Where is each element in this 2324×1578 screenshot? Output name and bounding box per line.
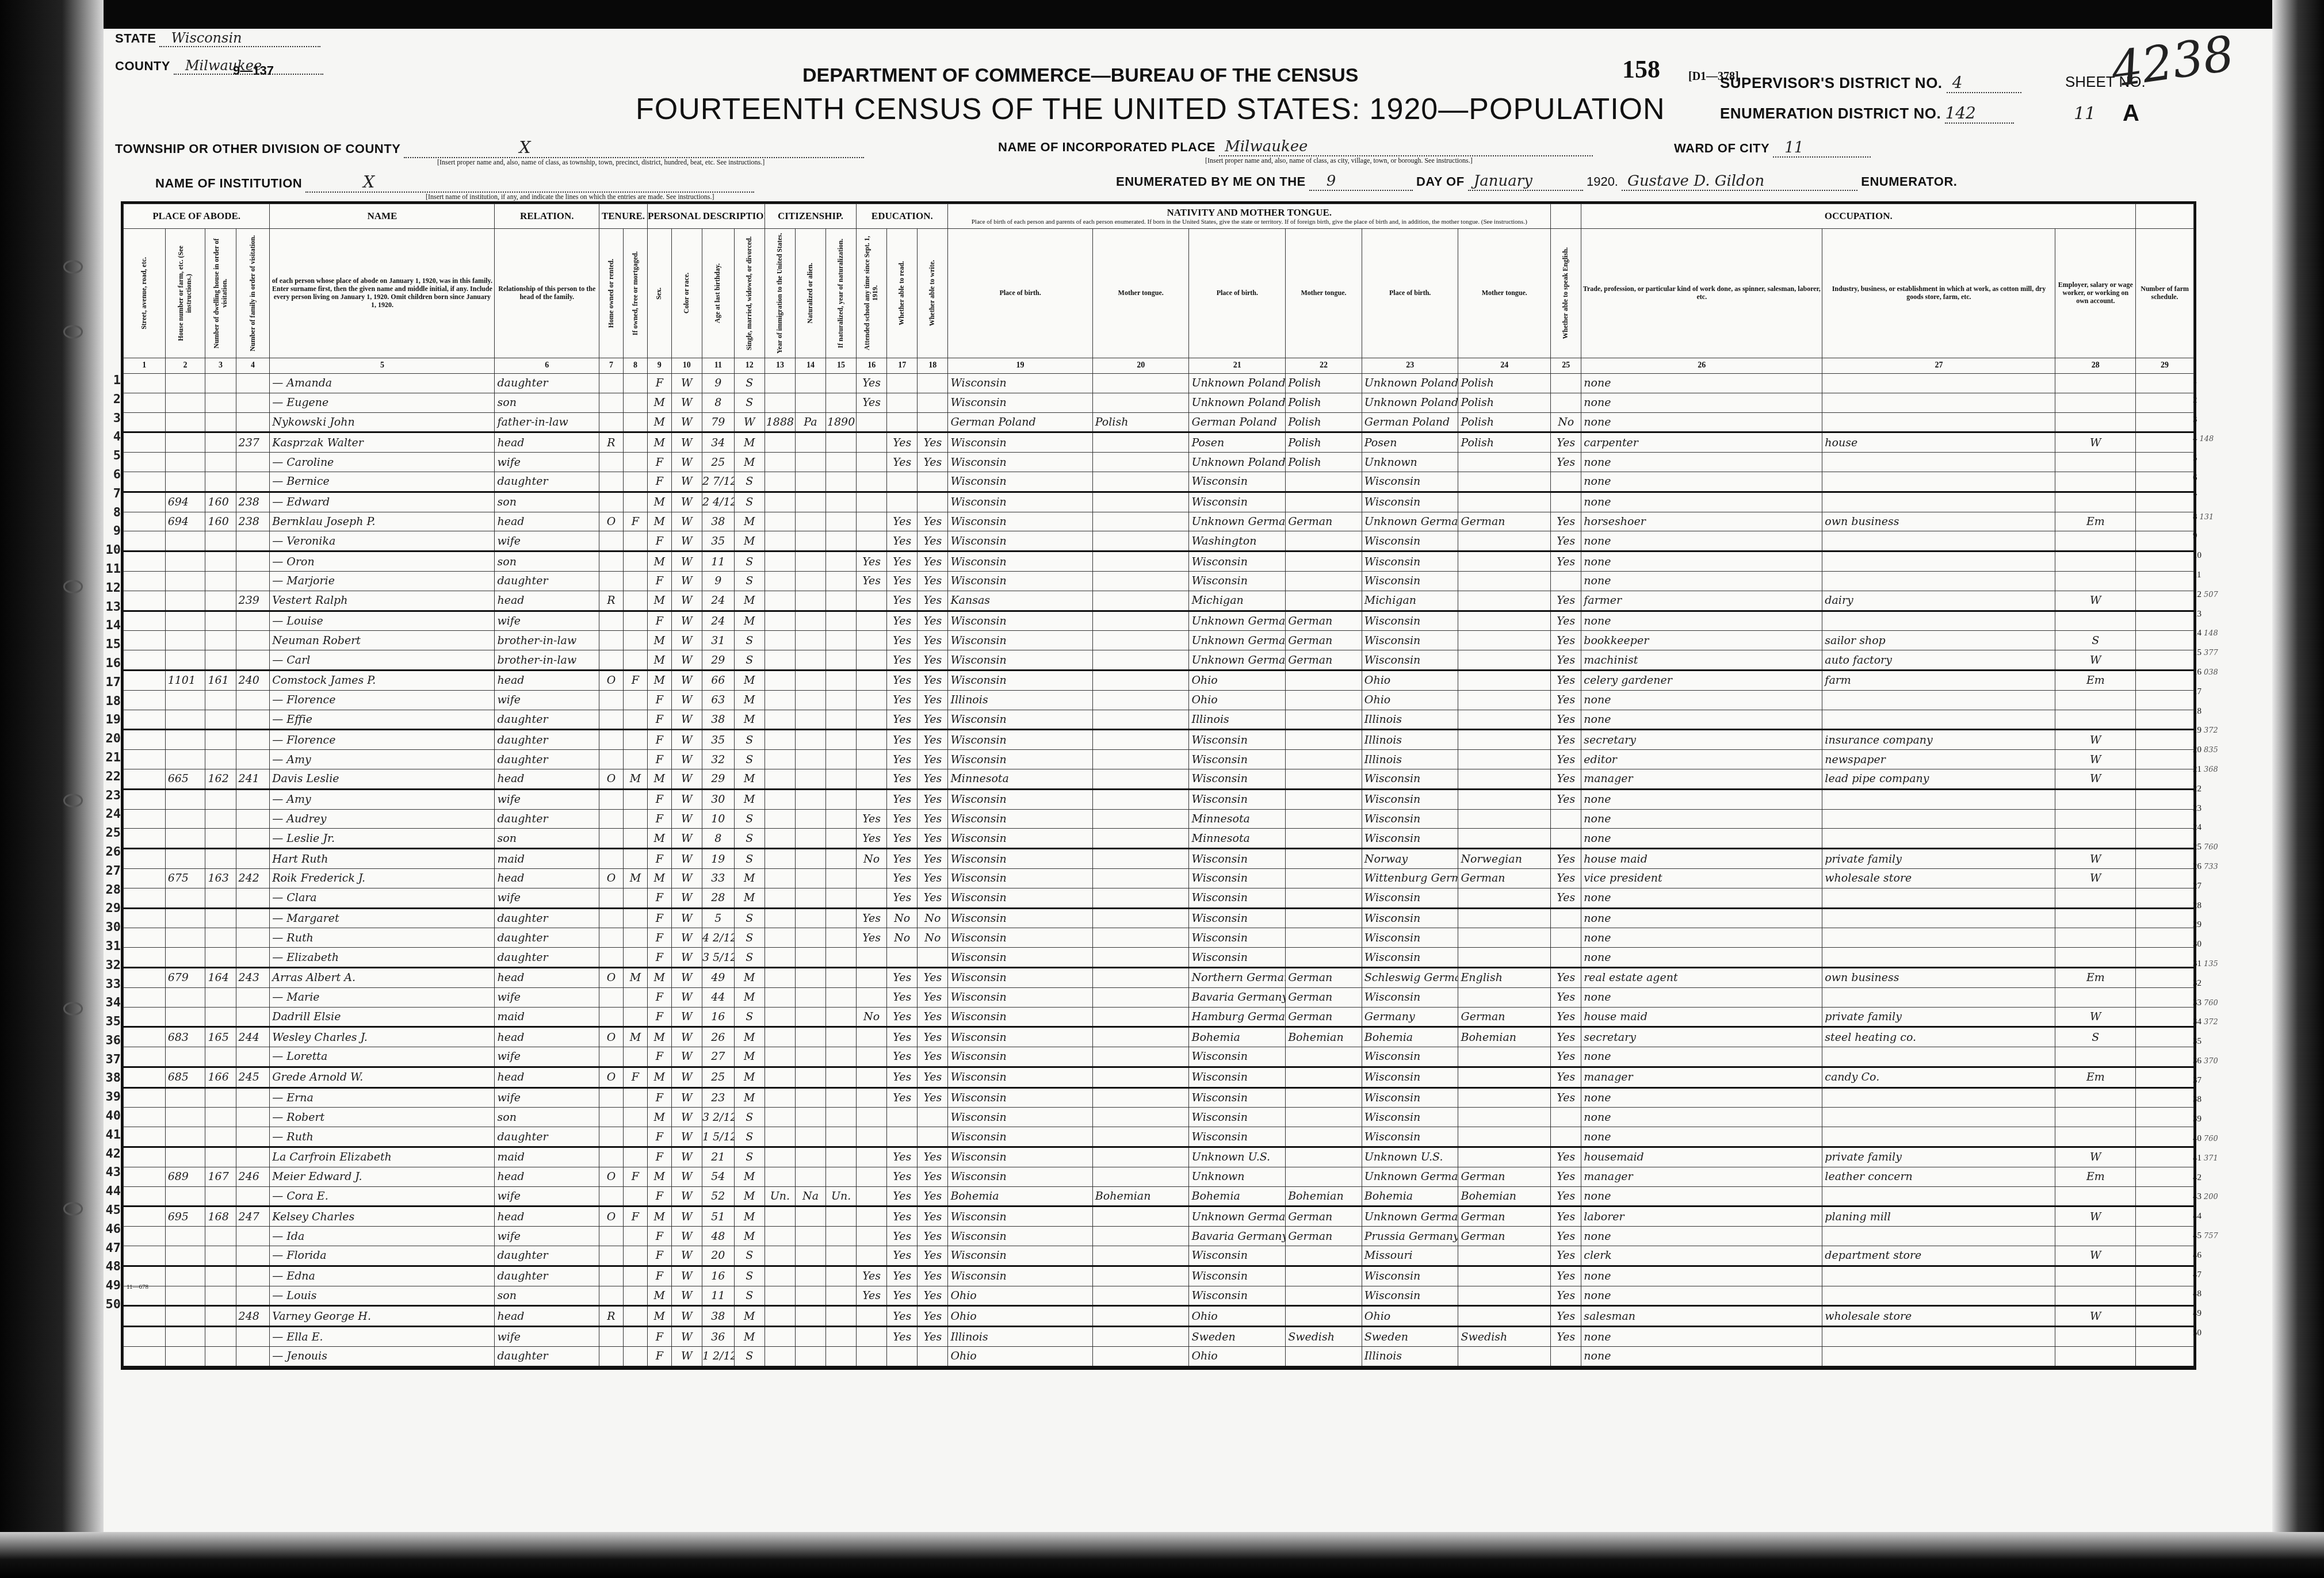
cell-tongue [1092, 631, 1189, 650]
cell-mort: F [623, 1207, 647, 1227]
cell-mort: F [623, 1167, 647, 1186]
table-row: — OronsonMW11SYesYesYesWisconsinWisconsi… [124, 551, 2194, 572]
cell-write [918, 1108, 948, 1127]
cell-schedule [2136, 432, 2194, 453]
cell-mort [623, 453, 647, 472]
column-header-27: Industry, business, or establishment in … [1822, 229, 2055, 358]
cell-natyr [826, 551, 857, 572]
margin-code: 760 [2204, 999, 2218, 1008]
cell-own [599, 908, 624, 928]
cell-school [857, 631, 887, 650]
line-number: 13 [2193, 605, 2218, 625]
cell-marital: S [734, 631, 765, 650]
cell-own: R [599, 1306, 624, 1327]
nativity-title: NATIVITY AND MOTHER TONGUE. [948, 207, 1550, 219]
cell-mort [623, 412, 647, 432]
cell-read: Yes [887, 611, 918, 631]
cell-industry: dairy [1822, 591, 2055, 611]
cell-english: Yes [1551, 551, 1581, 572]
table-row: 685166245Grede Arnold W.headOFMW25MYesYe… [124, 1067, 2194, 1087]
enumeration-district: ENUMERATION DISTRICT NO. 142 [1720, 104, 2014, 124]
census-table: PLACE OF ABODE.NAMERELATION.TENURE.PERSO… [121, 201, 2196, 1370]
line-number: 30 [2193, 935, 2218, 955]
cell-mpob: Bohemia [1362, 1027, 1458, 1047]
line-number: 22 [95, 768, 121, 787]
cell-schedule [2136, 492, 2194, 512]
cell-english: Yes [1551, 670, 1581, 690]
cell-occupation: none [1581, 412, 1822, 432]
supervisor-value: 4 [1947, 73, 2021, 93]
cell-mpob: Posen [1362, 432, 1458, 453]
cell-school [857, 531, 887, 551]
cell-sex: M [647, 967, 671, 987]
cell-imm [765, 551, 795, 572]
table-row: 694160238— EdwardsonMW2 4/12SWisconsinWi… [124, 492, 2194, 512]
cell-pob: Wisconsin [948, 1246, 1092, 1266]
cell-occupation: farmer [1581, 591, 1822, 611]
cell-mpob: Wisconsin [1362, 809, 1458, 829]
cell-fpob: Wisconsin [1189, 1266, 1286, 1286]
cell-family [236, 571, 270, 591]
cell-mpob: Wisconsin [1362, 472, 1458, 492]
column-header-label: Trade, profession, or particular kind of… [1583, 285, 1821, 301]
line-number-value: 14 [2193, 629, 2201, 638]
cell-pob: Wisconsin [948, 868, 1092, 888]
line-number: 50 [95, 1296, 121, 1315]
cell-relation: wife [495, 453, 599, 472]
cell-class: W [2055, 591, 2136, 611]
cell-age: 8 [702, 829, 734, 849]
cell-race: W [671, 829, 702, 849]
cell-read: Yes [887, 1047, 918, 1067]
line-number-value: 5 [2193, 454, 2197, 463]
state-field: STATE Wisconsin [115, 30, 320, 47]
cell-class [2055, 412, 2136, 432]
cell-mpob: Illinois [1362, 730, 1458, 750]
cell-family [236, 1266, 270, 1286]
cell-own: O [599, 670, 624, 690]
cell-class [2055, 809, 2136, 829]
line-number-value: 8 [2193, 512, 2197, 522]
cell-name: Comstock James P. [270, 670, 495, 690]
cell-class [2055, 611, 2136, 631]
cell-dwelling [205, 631, 236, 650]
cell-english: Yes [1551, 531, 1581, 551]
cell-dwelling [205, 1227, 236, 1246]
cell-tongue [1092, 1327, 1189, 1347]
cell-ftongue [1286, 690, 1362, 710]
cell-occupation: none [1581, 690, 1822, 710]
cell-occupation: none [1581, 1047, 1822, 1067]
cell-tongue [1092, 1306, 1189, 1327]
line-number: 1 [2193, 371, 2218, 391]
cell-sex: M [647, 1067, 671, 1087]
cell-relation: daughter [495, 472, 599, 492]
cell-relation: daughter [495, 948, 599, 968]
cell-mpob: Bohemia [1362, 1186, 1458, 1207]
cell-write: Yes [918, 809, 948, 829]
cell-tongue [1092, 710, 1189, 730]
cell-mpob: Unknown Germany [1362, 1167, 1458, 1186]
cell-imm [765, 967, 795, 987]
cell-imm [765, 750, 795, 769]
cell-school [857, 1027, 887, 1047]
cell-imm [765, 849, 795, 869]
cell-street [124, 1266, 166, 1286]
cell-schedule [2136, 1227, 2194, 1246]
margin-code: 135 [2204, 960, 2218, 968]
cell-marital: M [734, 531, 765, 551]
cell-pob: Wisconsin [948, 492, 1092, 512]
cell-name: — Marie [270, 987, 495, 1007]
table-row: 239Vestert RalphheadRMW24MYesYesKansasMi… [124, 591, 2194, 611]
cell-marital: M [734, 1207, 765, 1227]
cell-school [857, 888, 887, 908]
cell-occupation: none [1581, 472, 1822, 492]
cell-race: W [671, 809, 702, 829]
cell-mpob: Prussia Germany [1362, 1227, 1458, 1246]
institution-label: NAME OF INSTITUTION [155, 176, 302, 190]
margin-code: 760 [2204, 843, 2218, 852]
cell-ftongue [1286, 1127, 1362, 1147]
margin-code: 200 [2204, 1193, 2218, 1201]
cell-nat [795, 1246, 825, 1266]
cell-write [918, 492, 948, 512]
line-number: 12507 [2193, 585, 2218, 605]
cell-age: 1 2/12 [702, 1347, 734, 1367]
cell-dwelling [205, 611, 236, 631]
column-header-22: Mother tongue. [1286, 229, 1362, 358]
enumerated-label: ENUMERATED BY ME ON THE [1116, 174, 1306, 189]
cell-street [124, 650, 166, 671]
cell-age: 29 [702, 769, 734, 789]
cell-industry [1822, 690, 2055, 710]
cell-nat: Pa [795, 412, 825, 432]
cell-fpob: Wisconsin [1189, 492, 1286, 512]
cell-schedule [2136, 1047, 2194, 1067]
cell-read: Yes [887, 1067, 918, 1087]
cell-tongue [1092, 1227, 1189, 1246]
cell-sex: F [647, 987, 671, 1007]
cell-age: 11 [702, 1286, 734, 1306]
cell-mtongue [1458, 1108, 1551, 1127]
cell-relation: head [495, 769, 599, 789]
cell-class [2055, 948, 2136, 968]
punch-hole-icon [63, 580, 83, 593]
cell-write: No [918, 928, 948, 948]
cell-name: — Cora E. [270, 1186, 495, 1207]
cell-family [236, 888, 270, 908]
cell-pob: Wisconsin [948, 453, 1092, 472]
margin-code: 372 [2204, 726, 2218, 735]
cell-family: 241 [236, 769, 270, 789]
cell-write: Yes [918, 868, 948, 888]
line-number-value: 24 [2193, 823, 2201, 832]
cell-relation: maid [495, 849, 599, 869]
column-number: 29 [2136, 358, 2194, 374]
cell-own [599, 611, 624, 631]
cell-tongue [1092, 393, 1189, 412]
column-header-label: Whether able to read. [898, 261, 906, 325]
cell-occupation: none [1581, 1266, 1822, 1286]
cell-class [2055, 1266, 2136, 1286]
line-number: 7 [2193, 488, 2218, 508]
cell-age: 16 [702, 1007, 734, 1027]
cell-occupation: none [1581, 374, 1822, 393]
cell-marital: M [734, 611, 765, 631]
cell-school [857, 1067, 887, 1087]
cell-imm [765, 1286, 795, 1306]
cell-mpob: Wisconsin [1362, 1047, 1458, 1067]
cell-imm [765, 1007, 795, 1027]
cell-imm [765, 571, 795, 591]
line-number-value: 16 [2193, 668, 2201, 677]
cell-name: — Edna [270, 1266, 495, 1286]
cell-nat [795, 809, 825, 829]
cell-read: Yes [887, 1027, 918, 1047]
cell-schedule [2136, 1108, 2194, 1127]
cell-occupation: vice president [1581, 868, 1822, 888]
cell-read: Yes [887, 750, 918, 769]
line-number: 38 [2193, 1090, 2218, 1110]
cell-name: — Jenouis [270, 1347, 495, 1367]
line-number: 41371 [2193, 1149, 2218, 1169]
table-row: — BernicedaughterFW2 7/12SWisconsinWisco… [124, 472, 2194, 492]
cell-sex: M [647, 670, 671, 690]
cell-dwelling [205, 531, 236, 551]
cell-occupation: none [1581, 908, 1822, 928]
cell-mort [623, 829, 647, 849]
line-number: 20835 [2193, 741, 2218, 760]
cell-read: Yes [887, 1007, 918, 1027]
cell-family [236, 551, 270, 572]
cell-natyr [826, 531, 857, 551]
cell-sex: F [647, 1266, 671, 1286]
cell-ftongue [1286, 1167, 1362, 1186]
cell-occupation: none [1581, 492, 1822, 512]
institution-field: NAME OF INSTITUTION X [Insert name of in… [155, 173, 754, 201]
cell-read: Yes [887, 670, 918, 690]
cell-nat [795, 1327, 825, 1347]
cell-read: Yes [887, 453, 918, 472]
cell-ftongue [1286, 571, 1362, 591]
county-field: COUNTY Milwaukee [115, 58, 323, 75]
cell-occupation: none [1581, 809, 1822, 829]
cell-mort [623, 1087, 647, 1108]
cell-read: Yes [887, 690, 918, 710]
cell-mpob: Wisconsin [1362, 888, 1458, 908]
cell-house [165, 908, 205, 928]
cell-marital: M [734, 987, 765, 1007]
cell-mtongue [1458, 809, 1551, 829]
cell-street [124, 1347, 166, 1367]
cell-natyr [826, 631, 857, 650]
cell-pob: Wisconsin [948, 631, 1092, 650]
cell-imm [765, 888, 795, 908]
cell-schedule [2136, 591, 2194, 611]
cell-imm: 1888 [765, 412, 795, 432]
cell-english: Yes [1551, 769, 1581, 789]
cell-race: W [671, 432, 702, 453]
line-number: 9 [95, 522, 121, 541]
cell-mpob: Ohio [1362, 670, 1458, 690]
cell-tongue [1092, 928, 1189, 948]
line-number: 48 [95, 1258, 121, 1277]
cell-street [124, 374, 166, 393]
cell-read: Yes [887, 1266, 918, 1286]
cell-fpob: Wisconsin [1189, 928, 1286, 948]
cell-family: 244 [236, 1027, 270, 1047]
cell-ftongue: German [1286, 1227, 1362, 1246]
cell-schedule [2136, 710, 2194, 730]
cell-race: W [671, 1007, 702, 1027]
column-group-10 [2136, 204, 2194, 229]
cell-marital: S [734, 571, 765, 591]
line-number: 27 [2193, 877, 2218, 897]
cell-class: W [2055, 1207, 2136, 1227]
cell-house [165, 987, 205, 1007]
line-number-value: 4 [2193, 434, 2197, 443]
cell-school [857, 967, 887, 987]
cell-fpob: Washington [1189, 531, 1286, 551]
column-header-24: Mother tongue. [1458, 229, 1551, 358]
column-header-label: Place of birth. [949, 289, 1091, 297]
table-row: — LorettawifeFW27MYesYesWisconsinWiscons… [124, 1047, 2194, 1067]
cell-family: 246 [236, 1167, 270, 1186]
cell-write: Yes [918, 1207, 948, 1227]
cell-industry [1822, 551, 2055, 572]
cell-mtongue [1458, 789, 1551, 809]
cell-nat [795, 1347, 825, 1367]
cell-school [857, 1127, 887, 1147]
cell-street [124, 849, 166, 869]
cell-natyr [826, 908, 857, 928]
cell-schedule [2136, 868, 2194, 888]
cell-name: Neuman Robert [270, 631, 495, 650]
census-title: FOURTEENTH CENSUS OF THE UNITED STATES: … [636, 92, 1665, 127]
cell-natyr [826, 967, 857, 987]
cell-dwelling [205, 928, 236, 948]
cell-mtongue [1458, 1266, 1551, 1286]
cell-occupation: secretary [1581, 1027, 1822, 1047]
cell-imm [765, 868, 795, 888]
cell-natyr [826, 1266, 857, 1286]
line-number-value: 6 [2193, 473, 2197, 482]
column-header-label: Number of dwelling house in order of vis… [213, 230, 229, 357]
line-number: 39 [95, 1088, 121, 1107]
cell-school [857, 948, 887, 968]
cell-age: 21 [702, 1147, 734, 1167]
cell-sex: M [647, 1306, 671, 1327]
cell-age: 51 [702, 1207, 734, 1227]
line-number-value: 13 [2193, 610, 2201, 619]
cell-relation: daughter [495, 1246, 599, 1266]
cell-nat [795, 967, 825, 987]
line-number: 8131 [2193, 508, 2218, 527]
cell-industry [1822, 1286, 2055, 1306]
margin-code: 733 [2204, 863, 2218, 871]
line-number-value: 45 [2193, 1231, 2201, 1240]
cell-age: 9 [702, 374, 734, 393]
cell-relation: head [495, 1167, 599, 1186]
cell-sex: F [647, 1227, 671, 1246]
cell-house [165, 750, 205, 769]
cell-tongue [1092, 1047, 1189, 1067]
cell-own [599, 1286, 624, 1306]
table-row: — EffiedaughterFW38MYesYesWisconsinIllin… [124, 710, 2194, 730]
footer-code: 11—678 [127, 1284, 148, 1290]
cell-imm [765, 690, 795, 710]
cell-pob: Wisconsin [948, 551, 1092, 572]
cell-school [857, 512, 887, 531]
cell-natyr: Un. [826, 1186, 857, 1207]
cell-relation: daughter [495, 571, 599, 591]
cell-name: — Effie [270, 710, 495, 730]
cell-english [1551, 492, 1581, 512]
cell-natyr [826, 948, 857, 968]
cell-age: 30 [702, 789, 734, 809]
column-header-label: of each person whose place of abode on J… [271, 277, 493, 309]
margin-code: 148 [2204, 629, 2218, 638]
line-number: 24 [2193, 818, 2218, 838]
cell-race: W [671, 591, 702, 611]
cell-industry: department store [1822, 1246, 2055, 1266]
cell-race: W [671, 928, 702, 948]
punch-hole-icon [63, 794, 83, 807]
cell-family [236, 1286, 270, 1306]
column-header-label: Number of farm schedule. [2137, 285, 2192, 301]
cell-imm [765, 908, 795, 928]
enumeration-date-field: ENUMERATED BY ME ON THE 9 DAY OF January… [1116, 173, 1957, 191]
cell-age: 23 [702, 1087, 734, 1108]
cell-mpob: Unknown Germany [1362, 1207, 1458, 1227]
cell-mort [623, 690, 647, 710]
column-number: 19 [948, 358, 1092, 374]
cell-natyr [826, 571, 857, 591]
cell-schedule [2136, 1007, 2194, 1027]
cell-industry: wholesale store [1822, 1306, 2055, 1327]
cell-imm [765, 512, 795, 531]
table-row: — AmydaughterFW32SYesYesWisconsinWiscons… [124, 750, 2194, 769]
incorporated-place-field: NAME OF INCORPORATED PLACE Milwaukee [In… [998, 138, 1593, 165]
cell-class [2055, 1227, 2136, 1246]
cell-mtongue: German [1458, 1207, 1551, 1227]
cell-tongue [1092, 1087, 1189, 1108]
column-header-1: Street, avenue, road, etc. [124, 229, 166, 358]
cell-mort [623, 948, 647, 968]
cell-natyr [826, 690, 857, 710]
cell-dwelling [205, 1147, 236, 1167]
cell-schedule [2136, 551, 2194, 572]
cell-relation: wife [495, 611, 599, 631]
cell-family [236, 650, 270, 671]
cell-dwelling: 166 [205, 1067, 236, 1087]
line-number: 42 [95, 1145, 121, 1164]
cell-family: 247 [236, 1207, 270, 1227]
cell-natyr [826, 829, 857, 849]
cell-pob: Wisconsin [948, 531, 1092, 551]
cell-age: 33 [702, 868, 734, 888]
cell-fpob: Wisconsin [1189, 750, 1286, 769]
cell-marital: S [734, 1127, 765, 1147]
cell-english [1551, 928, 1581, 948]
cell-house [165, 571, 205, 591]
cell-age: 32 [702, 750, 734, 769]
table-row: — ElizabethdaughterFW3 5/12SWisconsinWis… [124, 948, 2194, 968]
cell-name: La Carfroin Elizabeth [270, 1147, 495, 1167]
punch-hole-icon [63, 325, 83, 339]
cell-fpob: Unknown [1189, 1167, 1286, 1186]
